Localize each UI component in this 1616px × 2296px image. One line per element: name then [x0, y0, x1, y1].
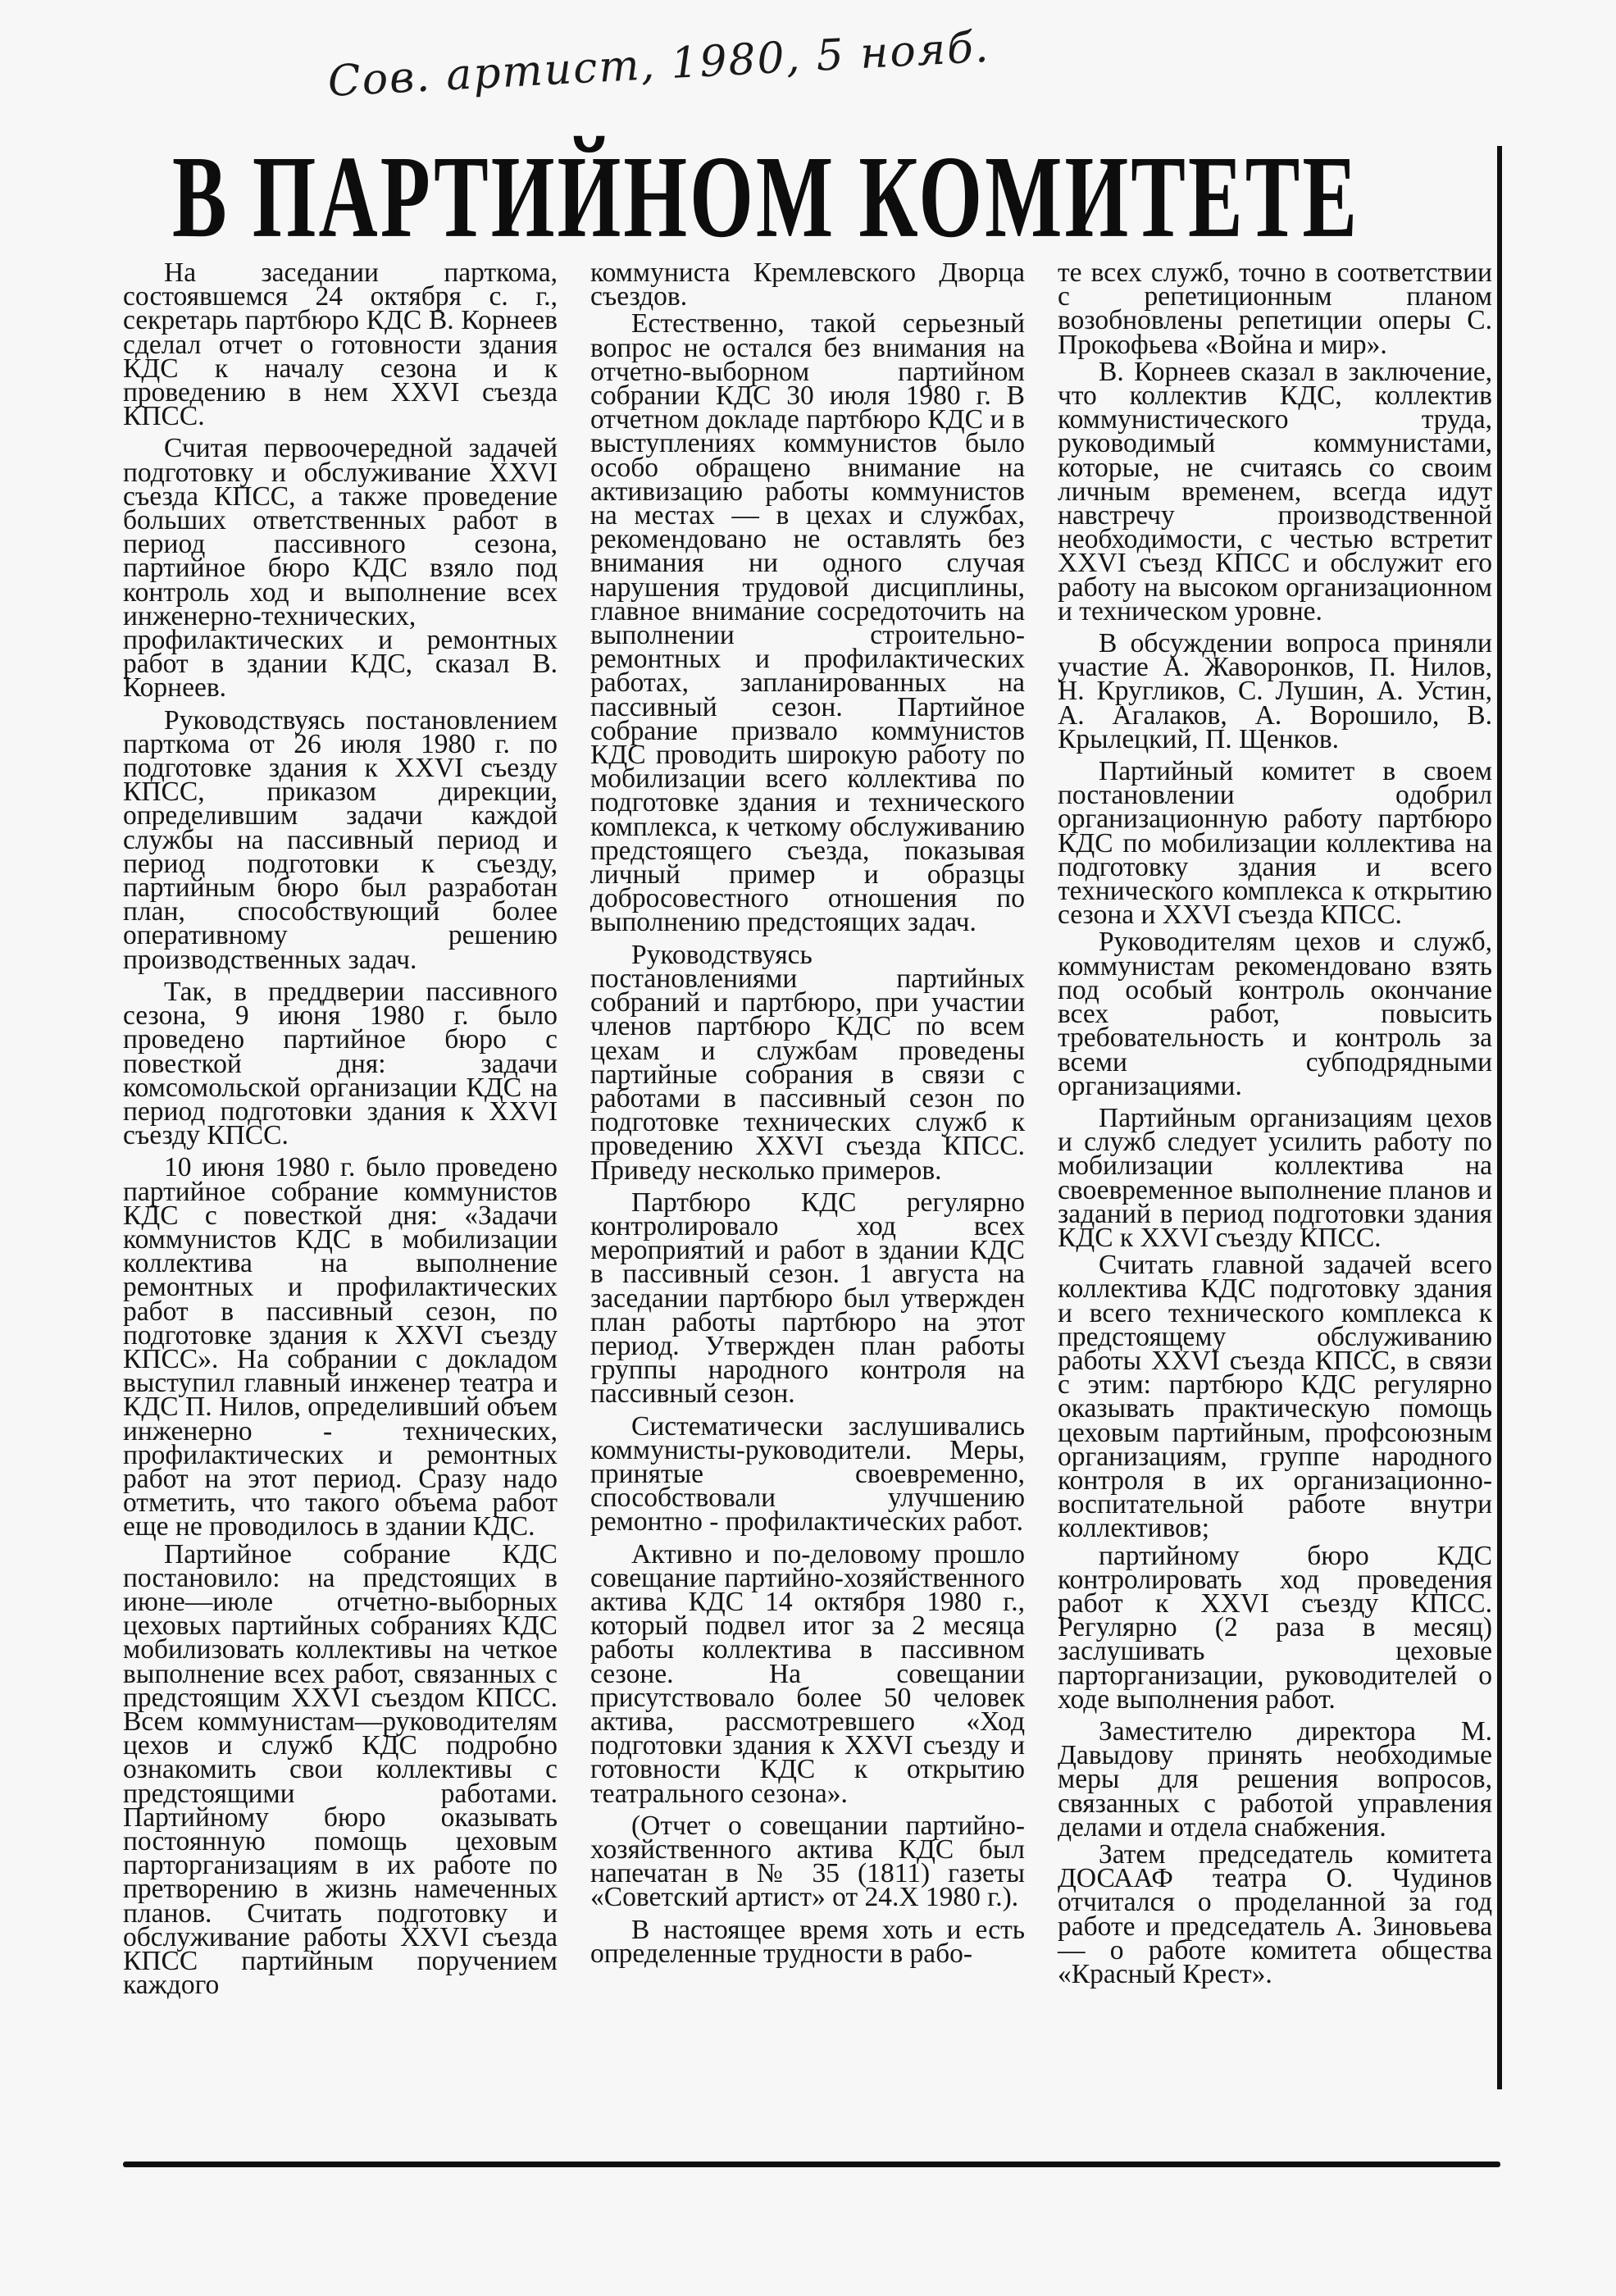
paragraph: Руководствуясь постановлениями партийных…: [590, 943, 1025, 1182]
paragraph: Систематически заслушивались коммунисты-…: [590, 1414, 1025, 1534]
newspaper-clipping: Сов. артист, 1980, 5 нояб. В ПАРТИЙНОМ К…: [0, 0, 1616, 2296]
paragraph: Считать главной задачей всего коллектива…: [1058, 1253, 1492, 1540]
paragraph: Руководствуясь постановлением парткома о…: [123, 708, 558, 972]
paragraph: Партбюро КДС регулярно контролировало хо…: [590, 1191, 1025, 1406]
paragraph: Так, в преддверии пассивного сезона, 9 и…: [123, 980, 558, 1147]
paragraph: Руководителям цехов и служб, коммунистам…: [1058, 930, 1492, 1097]
paragraph: Партийным организациям цехов и служб сле…: [1058, 1106, 1492, 1250]
paragraph: Партийный комитет в своем постановлении …: [1058, 759, 1492, 927]
paragraph: Партийное собрание КДС постановило: на п…: [123, 1542, 558, 1998]
paragraph: те всех служб, точно в соответствии с ре…: [1058, 261, 1492, 357]
paragraph: В обсуждении вопроса приняли участие А. …: [1058, 631, 1492, 751]
paragraph: На заседании парткома, состоявшемся 24 о…: [123, 261, 558, 428]
paragraph: коммуниста Кремлевского Дворца съездов.: [590, 261, 1025, 308]
paragraph: Естественно, такой серьезный вопрос не о…: [590, 312, 1025, 934]
paragraph: Активно и по-деловому прошло совещание п…: [590, 1542, 1025, 1806]
bottom-rule: [123, 2162, 1500, 2167]
paragraph: Считая первоочередной задачей подготовку…: [123, 436, 558, 699]
article-column-2: коммуниста Кремлевского Дворца съездов. …: [590, 261, 1025, 2147]
paragraph: В настоящее время хоть и есть определенн…: [590, 1918, 1025, 1966]
paragraph: Затем председатель комитета ДОСААФ театр…: [1058, 1843, 1492, 1986]
article-column-3: те всех служб, точно в соответствии с ре…: [1058, 261, 1492, 2147]
paragraph: (Отчет о совещании партийно-хозяйственно…: [590, 1814, 1025, 1910]
paragraph: В. Корнеев сказал в заключение, что колл…: [1058, 360, 1492, 623]
article-headline: В ПАРТИЙНОМ КОМИТЕТЕ: [172, 138, 1131, 255]
paragraph: партийному бюро КДС контролировать ход п…: [1058, 1544, 1492, 1711]
paragraph: 10 июня 1980 г. было проведено партийное…: [123, 1155, 558, 1538]
article-column-1: На заседании парткома, состоявшемся 24 о…: [123, 261, 558, 2147]
article-body: На заседании парткома, состоявшемся 24 о…: [123, 261, 1492, 2147]
paragraph: Заместителю директора М. Давыдову принят…: [1058, 1720, 1492, 1839]
column-rule-right: [1497, 146, 1502, 2089]
handwritten-source-note: Сов. артист, 1980, 5 нояб.: [326, 19, 1066, 107]
